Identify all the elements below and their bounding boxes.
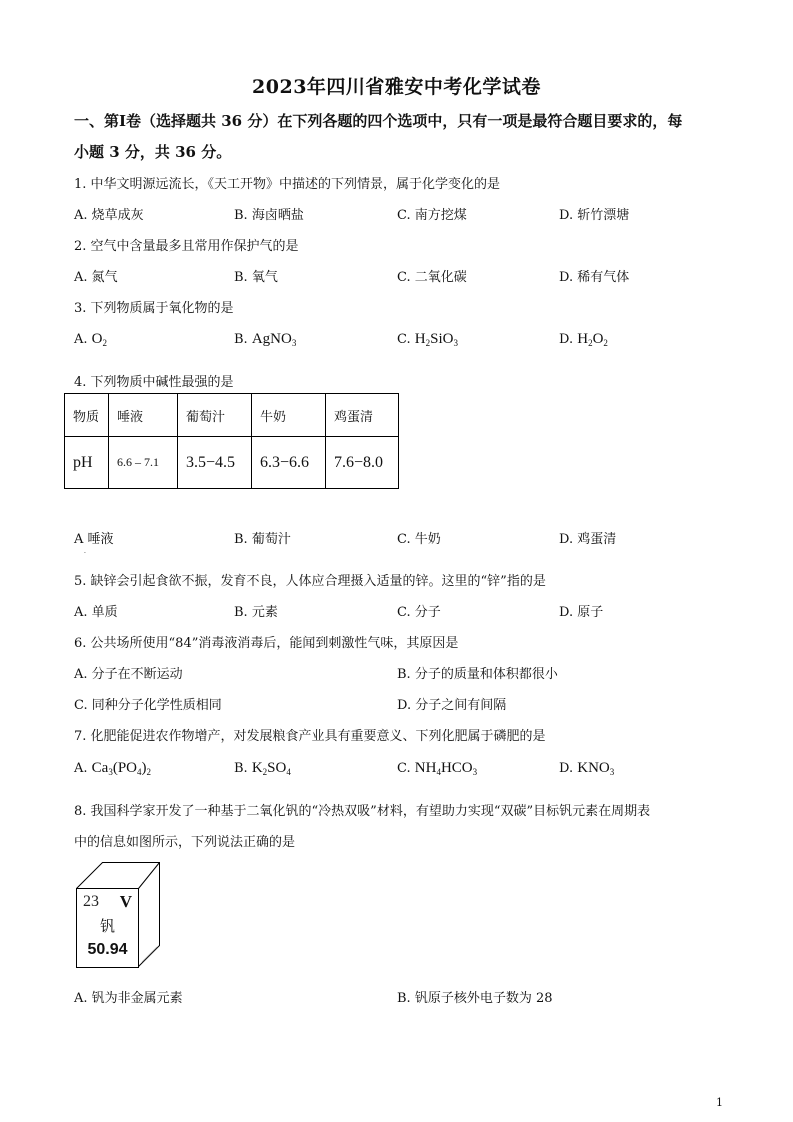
q7-option-a: A. Ca3(PO4)2: [74, 760, 151, 777]
question-4-stem: 4. 下列物质中碱性最强的是: [74, 371, 234, 390]
q4-option-b: B. 葡萄汁: [234, 528, 291, 547]
element-card: 23 V 钒 50.94: [76, 888, 139, 968]
formula: AgNO3: [252, 331, 297, 347]
q3-option-a: A. O2: [74, 331, 107, 348]
ph-table-cell: 7.6−8.0: [326, 437, 399, 489]
atomic-mass: 50.94: [77, 941, 138, 959]
q1-option-b: B. 海卤晒盐: [234, 204, 304, 223]
ph-table-value-row: pH 6.6 – 7.1 3.5−4.5 6.3−6.6 7.6−8.0: [65, 437, 399, 489]
q8-option-a: A. 钒为非金属元素: [74, 987, 183, 1006]
q1-option-a: A. 烧草成灰: [74, 204, 144, 223]
q3-option-c: C. H2SiO3: [397, 331, 458, 348]
formula: H2SiO3: [415, 331, 458, 347]
q8-option-b: B. 钒原子核外电子数为 28: [397, 987, 553, 1006]
question-8-stem-line2: 中的信息如图所示，下列说法正确的是: [74, 831, 295, 850]
q6-option-c: C. 同种分子化学性质相同: [74, 694, 222, 713]
element-symbol: V: [120, 892, 132, 912]
ph-table-cell: 3.5−4.5: [178, 437, 252, 489]
q7-option-c: C. NH4HCO3: [397, 760, 477, 777]
page-title: 2023年四川省雅安中考化学试卷: [0, 72, 793, 99]
q7-option-b: B. K2SO4: [234, 760, 291, 777]
q5-option-c: C. 分子: [397, 601, 441, 620]
ph-table-cell: 牛奶: [252, 394, 326, 437]
q2-option-c: C. 二氧化碳: [397, 266, 467, 285]
question-5-stem: 5. 缺锌会引起食欲不振，发育不良，人体应合理摄入适量的锌。这里的“锌”指的是: [74, 570, 546, 589]
q5-option-b: B. 元素: [234, 601, 278, 620]
q4-option-d: D. 鸡蛋清: [559, 528, 616, 547]
q2-option-d: D. 稀有气体: [559, 266, 629, 285]
ph-table-cell: 葡萄汁: [178, 394, 252, 437]
q3-option-b: B. AgNO3: [234, 331, 296, 348]
formula: H2O2: [577, 331, 608, 347]
section-heading-line1: 一、第Ⅰ卷（选择题共 36 分）在下列各题的四个选项中，只有一项是最符合题目要求…: [74, 110, 682, 131]
question-6-stem: 6. 公共场所使用“84”消毒液消毒后，能闻到刺激性气味，其原因是: [74, 632, 458, 651]
q1-option-d: D. 斩竹漂塘: [559, 204, 629, 223]
ph-table-cell: 6.3−6.6: [252, 437, 326, 489]
stray-dot: ·: [84, 550, 86, 557]
ph-table-cell: pH: [65, 437, 109, 489]
q2-option-a: A. 氮气: [74, 266, 118, 285]
section-heading-line2: 小题 3 分，共 36 分。: [74, 141, 231, 162]
ph-table: 物质 唾液 葡萄汁 牛奶 鸡蛋清 pH 6.6 – 7.1 3.5−4.5 6.…: [64, 393, 399, 489]
q6-option-b: B. 分子的质量和体积都很小: [397, 663, 558, 682]
q2-option-b: B. 氧气: [234, 266, 278, 285]
formula: NH4HCO3: [415, 760, 477, 776]
element-name: 钒: [77, 915, 138, 936]
q5-option-a: A. 单质: [74, 601, 118, 620]
periodic-element-cube: 23 V 钒 50.94: [72, 862, 192, 974]
ph-table-cell: 唾液: [109, 394, 178, 437]
q3-option-d: D. H2O2: [559, 331, 608, 348]
formula: Ca3(PO4)2: [92, 760, 151, 776]
question-1-stem: 1. 中华文明源远流长，《天工开物》中描述的下列情景，属于化学变化的是: [74, 173, 500, 192]
q6-option-d: D. 分子之间有间隔: [397, 694, 506, 713]
question-2-stem: 2. 空气中含量最多且常用作保护气的是: [74, 235, 299, 254]
q5-option-d: D. 原子: [559, 601, 603, 620]
formula: KNO3: [577, 760, 614, 776]
ph-table-cell: 鸡蛋清: [326, 394, 399, 437]
formula: K2SO4: [252, 760, 291, 776]
q7-option-d: D. KNO3: [559, 760, 614, 777]
ph-table-cell: 6.6 – 7.1: [109, 437, 178, 489]
q4-option-c: C. 牛奶: [397, 528, 441, 547]
formula: O2: [92, 331, 107, 347]
ph-table-header-row: 物质 唾液 葡萄汁 牛奶 鸡蛋清: [65, 394, 399, 437]
question-8-stem-line1: 8. 我国科学家开发了一种基于二氧化钒的“冷热双吸”材料，有望助力实现“双碳”目…: [74, 800, 650, 819]
q6-option-a: A. 分子在不断运动: [74, 663, 183, 682]
atomic-number: 23: [83, 893, 99, 911]
question-7-stem: 7. 化肥能促进农作物增产，对发展粮食产业具有重要意义、下列化肥属于磷肥的是: [74, 725, 546, 744]
question-3-stem: 3. 下列物质属于氧化物的是: [74, 297, 234, 316]
q1-option-c: C. 南方挖煤: [397, 204, 467, 223]
ph-table-cell: 物质: [65, 394, 109, 437]
page-number: 1: [716, 1096, 723, 1109]
q4-option-a: A 唾液: [74, 528, 114, 547]
